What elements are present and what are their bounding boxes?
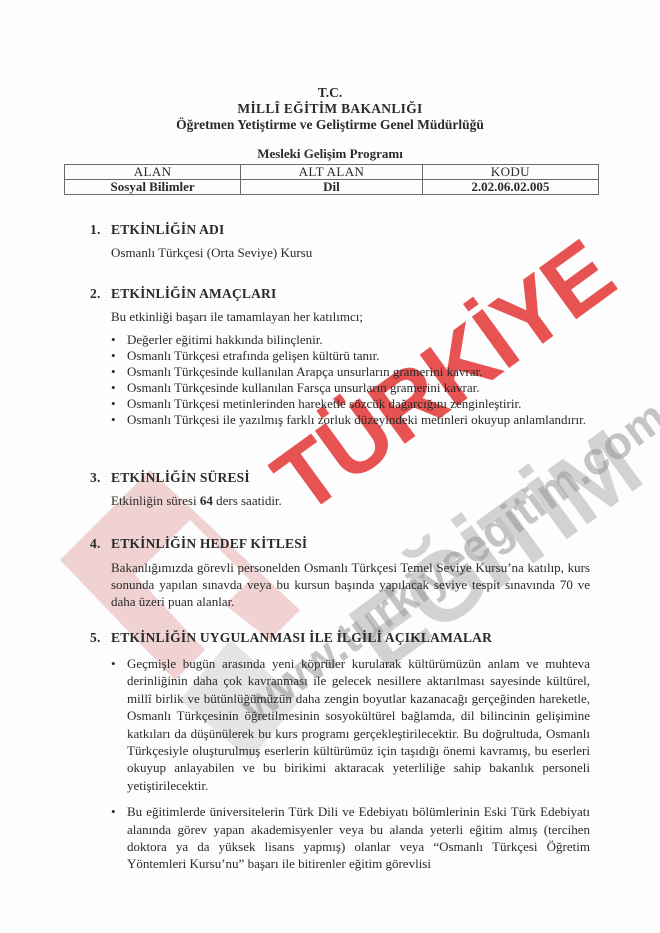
meta-header-alan: ALAN	[65, 165, 241, 180]
section-title: 5.ETKİNLİĞİN UYGULANMASI İLE İLGİLİ AÇIK…	[90, 630, 590, 646]
list-item: Değerler eğitimi hakkında bilinçlenir.	[111, 332, 590, 348]
section-title: 4.ETKİNLİĞİN HEDEF KİTLESİ	[90, 536, 590, 552]
section-text: Etkinliğin süresi 64 ders saatidir.	[111, 493, 590, 509]
section-title: 2.ETKİNLİĞİN AMAÇLARI	[90, 286, 590, 302]
meta-header-kodu: KODU	[422, 165, 598, 180]
meta-table-header-row: ALAN ALT ALAN KODU	[65, 165, 599, 180]
list-item: Geçmişle bugün arasında yeni köprüler ku…	[111, 655, 590, 794]
list-item: Osmanlı Türkçesi etrafında gelişen kültü…	[111, 348, 590, 364]
section-text: Bakanlığımızda görevli personelden Osman…	[111, 559, 590, 610]
duration-hours: 64	[200, 493, 213, 508]
section-objectives: 2.ETKİNLİĞİN AMAÇLARI Bu etkinliği başar…	[90, 286, 590, 428]
section-activity-name: 1.ETKİNLİĞİN ADI Osmanlı Türkçesi (Orta …	[90, 222, 590, 261]
meta-value-kodu: 2.02.06.02.005	[422, 180, 598, 195]
program-meta-table: ALAN ALT ALAN KODU Sosyal Bilimler Dil 2…	[64, 164, 599, 195]
meta-header-alt-alan: ALT ALAN	[241, 165, 423, 180]
meta-value-alan: Sosyal Bilimler	[65, 180, 241, 195]
section-title: 1.ETKİNLİĞİN ADI	[90, 222, 590, 238]
list-item: Osmanlı Türkçesinde kullanılan Arapça un…	[111, 364, 590, 380]
section-text: Osmanlı Türkçesi (Orta Seviye) Kursu	[111, 245, 590, 261]
header-tc: T.C.	[0, 84, 660, 101]
meta-table-value-row: Sosyal Bilimler Dil 2.02.06.02.005	[65, 180, 599, 195]
list-item: Osmanlı Türkçesi ile yazılmış farklı zor…	[111, 412, 590, 428]
header-directorate: Öğretmen Yetiştirme ve Geliştirme Genel …	[0, 116, 660, 133]
list-item: Bu eğitimlerde üniversitelerin Türk Dili…	[111, 803, 590, 873]
list-item: Osmanlı Türkçesinde kullanılan Farsça un…	[111, 380, 590, 396]
header-ministry: MİLLÎ EĞİTİM BAKANLIĞI	[0, 100, 660, 117]
section-target-audience: 4.ETKİNLİĞİN HEDEF KİTLESİ Bakanlığımızd…	[90, 536, 590, 610]
list-item: Osmanlı Türkçesi metinlerinden hareketle…	[111, 396, 590, 412]
objectives-intro: Bu etkinliği başarı ile tamamlayan her k…	[111, 309, 590, 325]
section-implementation-notes: 5.ETKİNLİĞİN UYGULANMASI İLE İLGİLİ AÇIK…	[90, 630, 590, 873]
program-title: Mesleki Gelişim Programı	[0, 145, 660, 162]
meta-value-alt-alan: Dil	[241, 180, 423, 195]
implementation-list: Geçmişle bugün arasında yeni köprüler ku…	[111, 655, 590, 873]
section-title: 3.ETKİNLİĞİN SÜRESİ	[90, 470, 590, 486]
section-duration: 3.ETKİNLİĞİN SÜRESİ Etkinliğin süresi 64…	[90, 470, 590, 509]
objectives-list: Değerler eğitimi hakkında bilinçlenir. O…	[111, 332, 590, 428]
